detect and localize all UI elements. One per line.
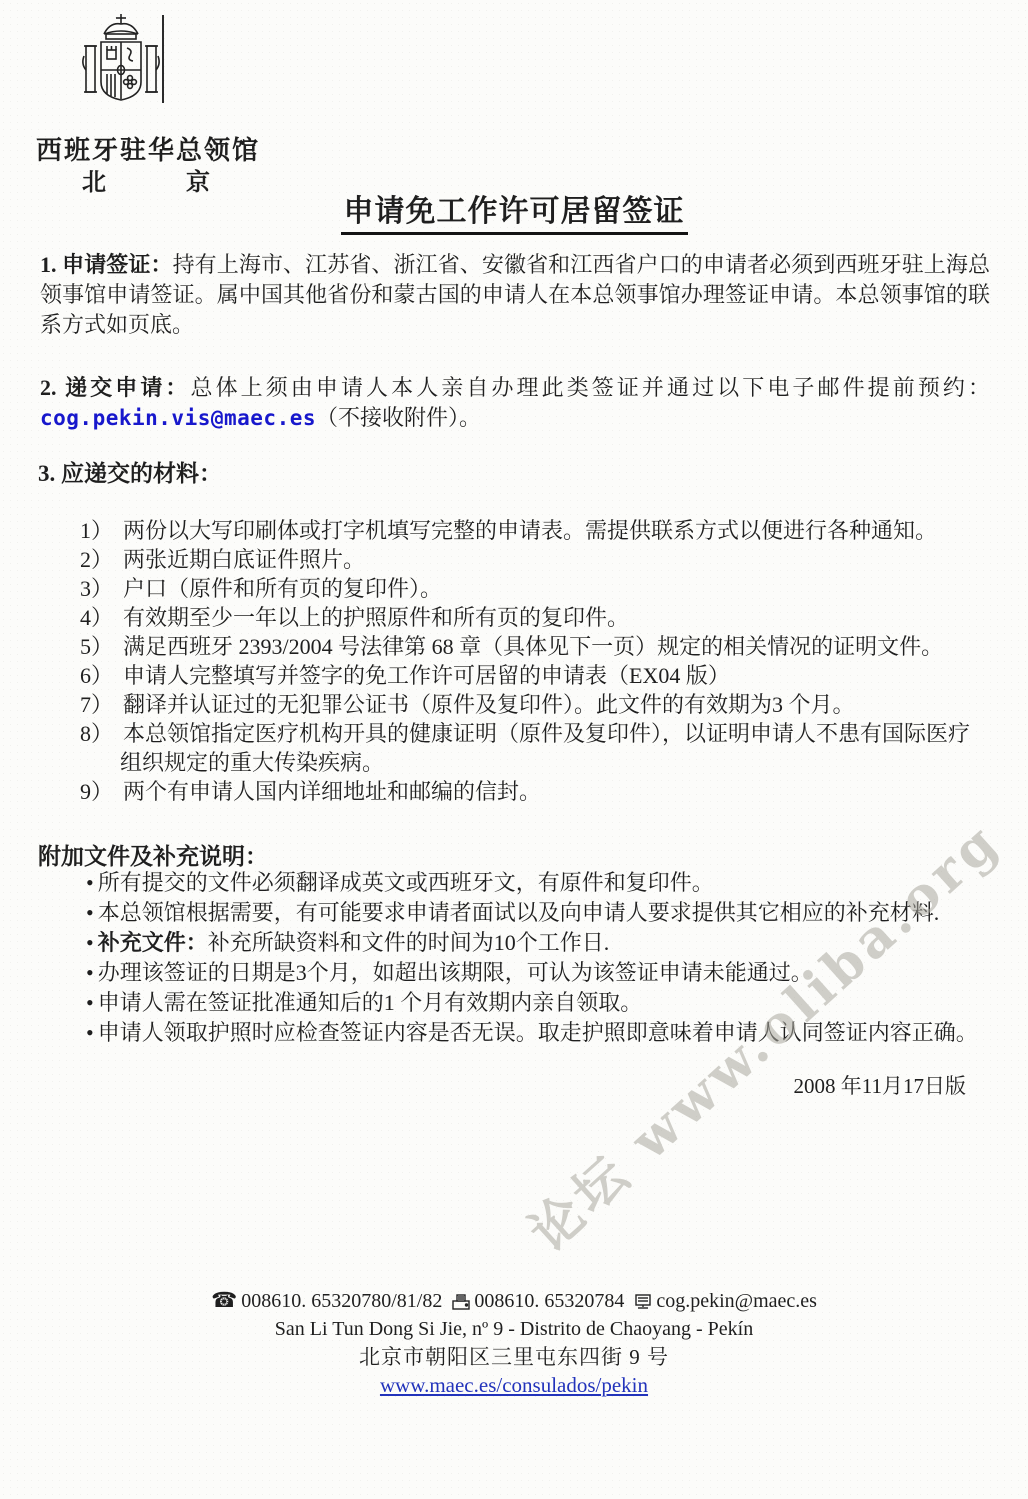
spain-coat-of-arms-icon	[80, 12, 162, 104]
list-item: 6）申请人完整填写并签字的免工作许可居留的申请表（EX04 版）	[80, 661, 988, 690]
letterhead-divider	[162, 15, 164, 103]
list-item: •所有提交的文件必须翻译成英文或西班牙文，有原件和复印件。	[86, 868, 998, 898]
computer-icon	[634, 1294, 652, 1310]
list-item: 8）本总领馆指定医疗机构开具的健康证明（原件及复印件），以证明申请人不患有国际医…	[80, 719, 988, 777]
list-item: 5）满足西班牙 2393/2004 号法律第 68 章（具体见下一页）规定的相关…	[80, 632, 988, 661]
footer-address-es: San Li Tun Dong Si Jie, nº 9 - Distrito …	[0, 1315, 1028, 1343]
list-item: •补充文件：补充所缺资料和文件的时间为10个工作日.	[86, 928, 998, 958]
list-item: •办理该签证的日期是3个月，如超出该期限，可认为该签证申请未能通过。	[86, 958, 998, 988]
bullet-icon: •	[86, 870, 98, 895]
paragraph-2-label: 2. 递交申请：	[40, 375, 190, 400]
bullet-icon: •	[86, 930, 98, 955]
list-item: 7）翻译并认证过的无犯罪公证书（原件及复印件）。此文件的有效期为3 个月。	[80, 690, 988, 719]
list-item: 1）两份以大写印刷体或打字机填写完整的申请表。需提供联系方式以便进行各种通知。	[80, 516, 988, 545]
list-item: 3）户口（原件和所有页的复印件）。	[80, 574, 988, 603]
list-item: 2）两张近期白底证件照片。	[80, 545, 988, 574]
paragraph-2-text: 总体上须由申请人本人亲自办理此类签证并通过以下电子邮件提前预约：	[190, 375, 990, 400]
additional-notes-heading: 附加文件及补充说明：	[38, 838, 268, 871]
list-item: •申请人领取护照时应检查签证内容是否无误。取走护照即意味着申请人认同签证内容正确…	[86, 1018, 998, 1048]
paragraph-1-text: 持有上海市、江苏省、浙江省、安徽省和江西省户口的申请者必须到西班牙驻上海总领事馆…	[40, 252, 990, 337]
paragraph-apply-visa: 1. 申请签证：持有上海市、江苏省、浙江省、安徽省和江西省户口的申请者必须到西班…	[40, 250, 990, 340]
materials-section-heading: 3. 应递交的材料：	[38, 455, 222, 488]
bullet-icon: •	[86, 990, 98, 1015]
scanned-document-page: 西班牙驻华总领馆 北 京 申请免工作许可居留签证 1. 申请签证：持有上海市、江…	[0, 0, 1028, 1499]
footer-website-link[interactable]: www.maec.es/consulados/pekin	[380, 1373, 648, 1397]
list-item: •本总领馆根据需要，有可能要求申请者面试以及向申请人要求提供其它相应的补充材料.	[86, 898, 998, 928]
footer-address-cn: 北京市朝阳区三里屯东四街 9 号	[0, 1343, 1028, 1371]
list-item: •申请人需在签证批准通知后的1 个月有效期内亲自领取。	[86, 988, 998, 1018]
version-date: 2008 年11月17日版	[794, 1070, 966, 1100]
fax-icon	[452, 1294, 470, 1310]
bullet-icon: •	[86, 960, 98, 985]
additional-notes-list: •所有提交的文件必须翻译成英文或西班牙文，有原件和复印件。 •本总领馆根据需要，…	[86, 868, 998, 1048]
list-item: 9）两个有申请人国内详细地址和邮编的信封。	[80, 777, 988, 806]
materials-list: 1）两份以大写印刷体或打字机填写完整的申请表。需提供联系方式以便进行各种通知。 …	[80, 516, 988, 806]
footer-contact-line: ☎008610. 65320780/81/82008610. 65320784c…	[0, 1286, 1028, 1315]
footer-email-link[interactable]: cog.pekin@maec.es	[656, 1290, 817, 1312]
footer-fax: 008610. 65320784	[474, 1290, 624, 1312]
appointment-email-link[interactable]: cog.pekin.vis@maec.es	[40, 406, 316, 430]
bullet-icon: •	[86, 1020, 98, 1045]
paragraph-1-label: 1. 申请签证：	[40, 252, 173, 277]
list-item: 4）有效期至少一年以上的护照原件和所有页的复印件。	[80, 603, 988, 632]
footer-phone: 008610. 65320780/81/82	[241, 1290, 442, 1312]
bullet-icon: •	[86, 900, 98, 925]
paragraph-submit-application: 2. 递交申请：总体上须由申请人本人亲自办理此类签证并通过以下电子邮件提前预约：…	[40, 373, 990, 433]
document-title: 申请免工作许可居留签证	[0, 186, 1028, 235]
telephone-icon: ☎	[211, 1288, 237, 1312]
paragraph-2-suffix: （不接收附件）。	[316, 405, 481, 430]
footer-contact-block: ☎008610. 65320780/81/82008610. 65320784c…	[0, 1286, 1028, 1400]
